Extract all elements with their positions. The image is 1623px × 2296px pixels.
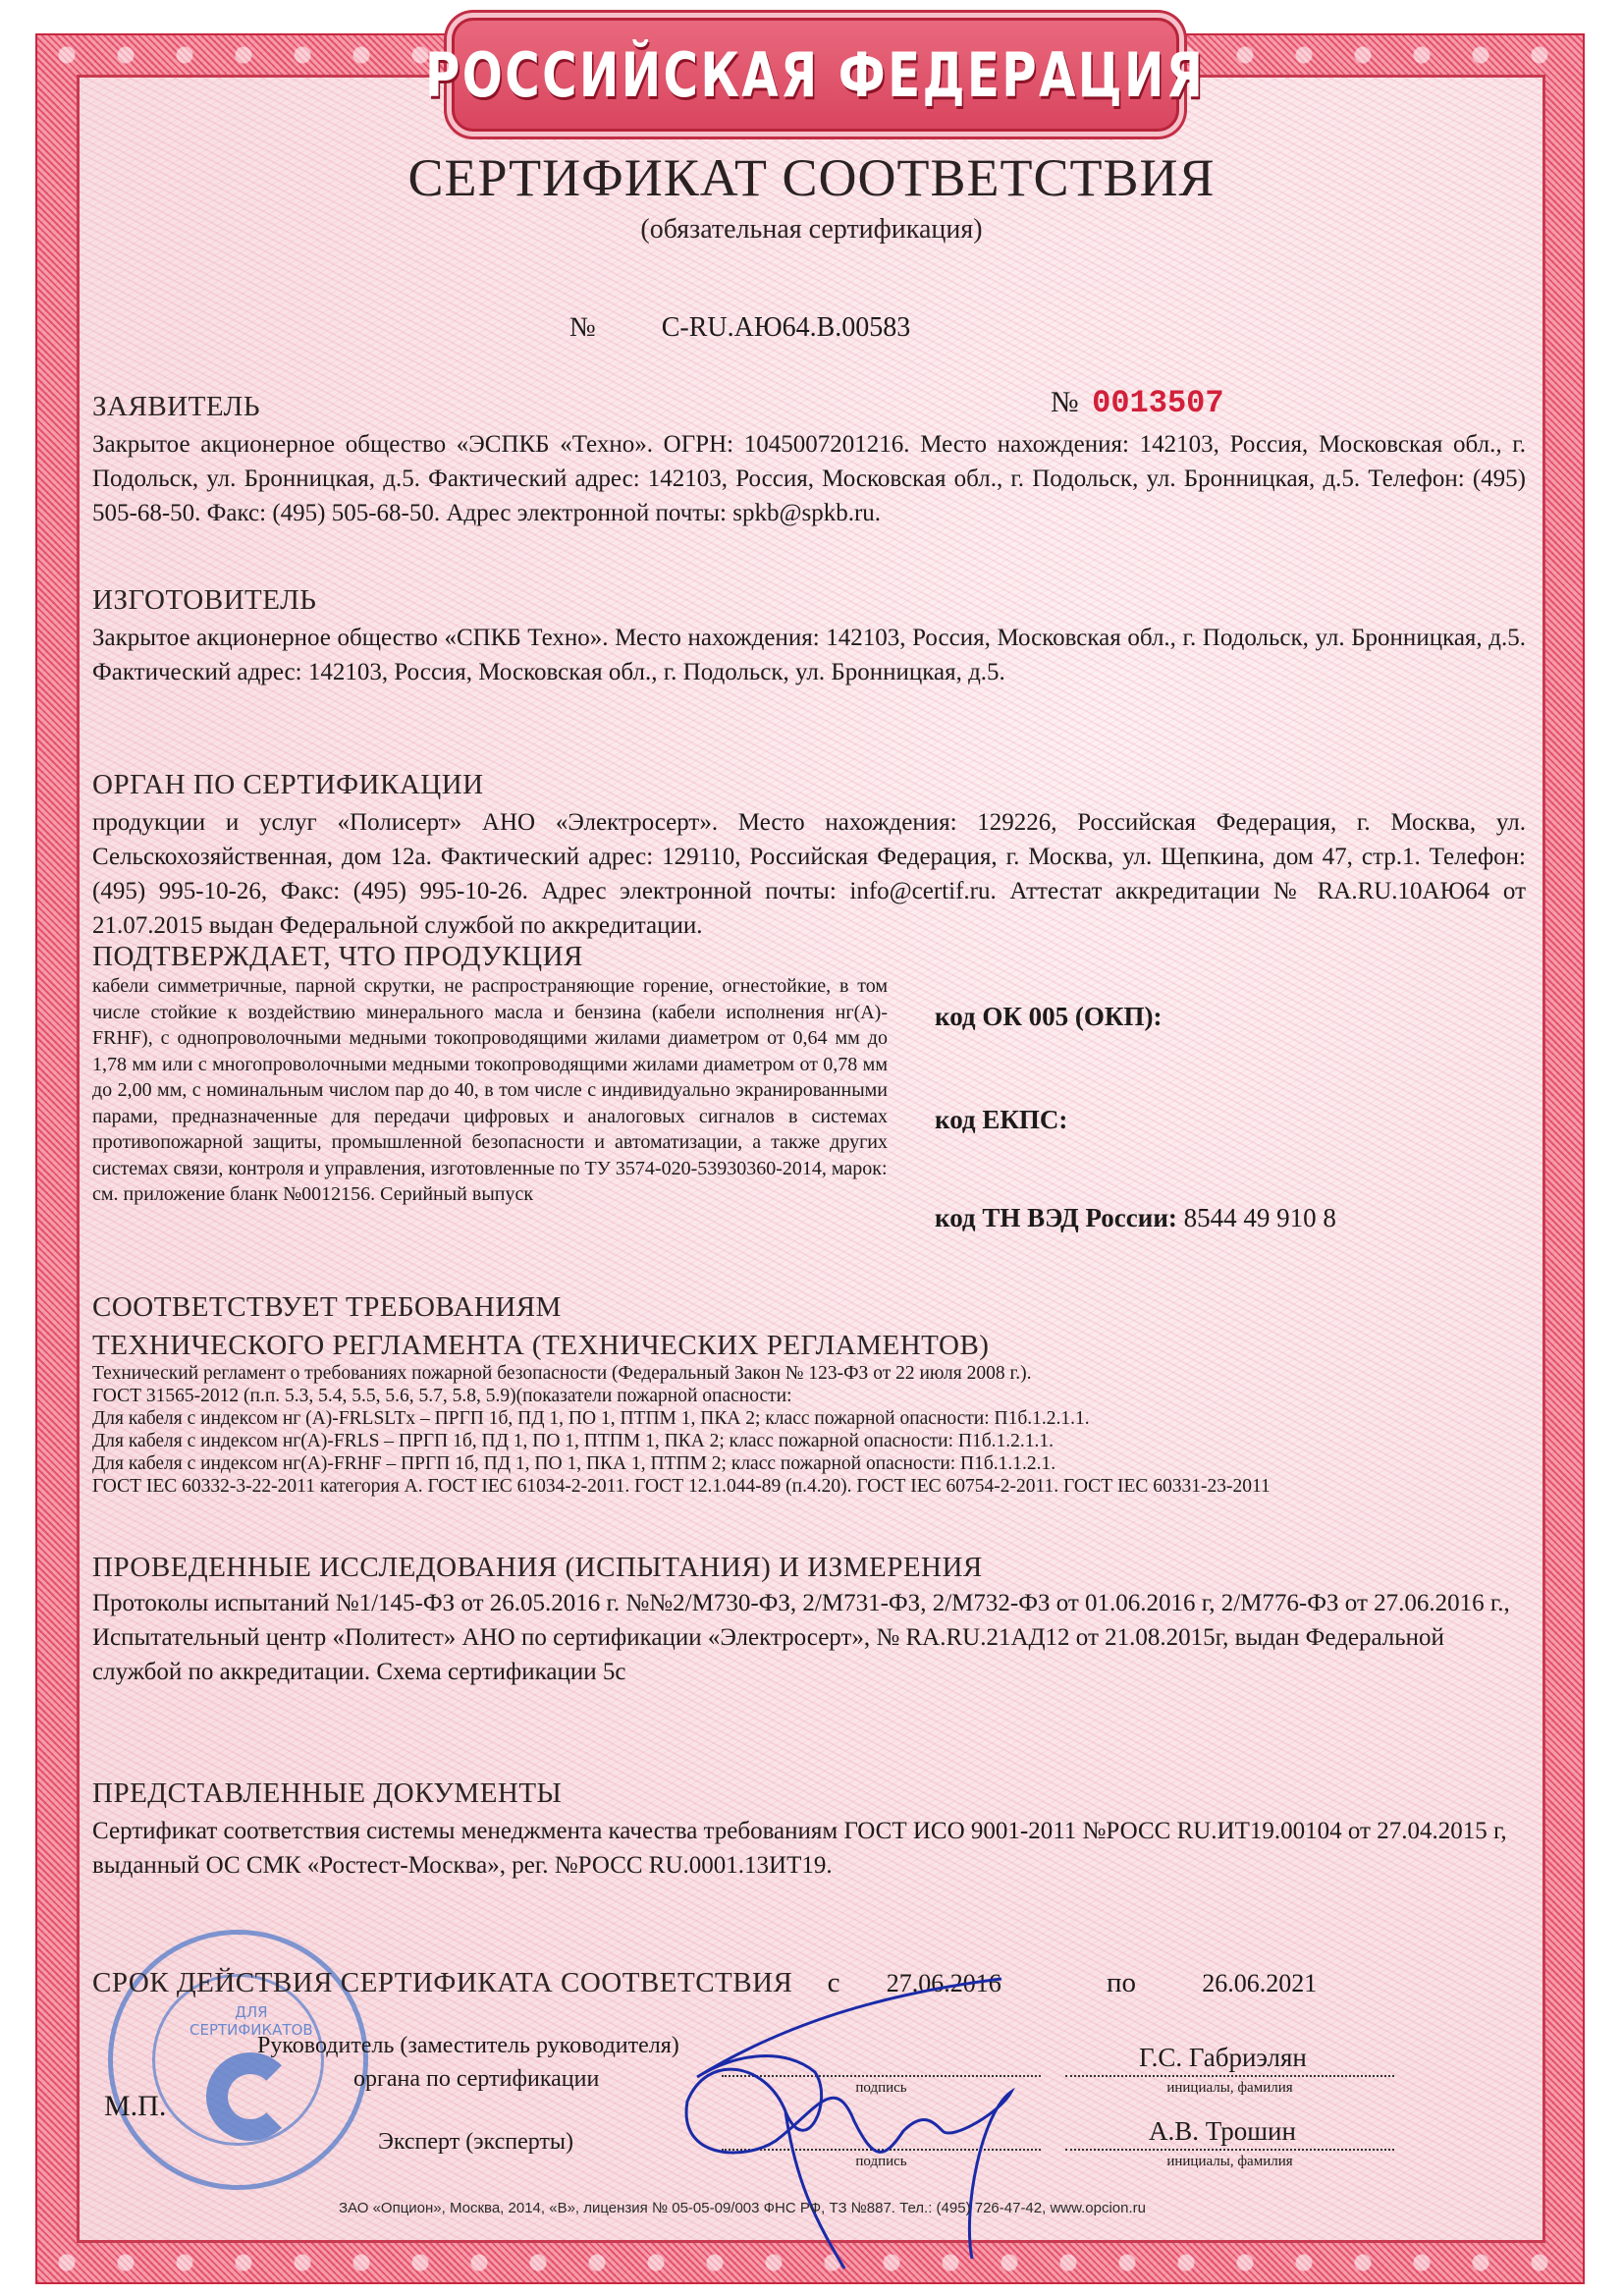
validity-from-label: с <box>828 1967 840 1998</box>
requirements-line: Для кабеля с индексом нг(А)-FRHF – ПРГП … <box>92 1452 1526 1475</box>
requirements-heading-1: СООТВЕТСТВУЕТ ТРЕБОВАНИЯМ <box>92 1291 1526 1324</box>
head-name-caption: инициалы, фамилия <box>1065 2080 1394 2097</box>
requirements-section: СООТВЕТСТВУЕТ ТРЕБОВАНИЯМ ТЕХНИЧЕСКОГО Р… <box>92 1291 1526 1498</box>
stamp-text-line: ДЛЯ <box>189 2003 313 2021</box>
document-title: СЕРТИФИКАТ СООТВЕТСТВИЯ <box>0 147 1623 208</box>
requirements-line: Для кабеля с индексом нг (А)-FRLSLTx – П… <box>92 1407 1526 1430</box>
documents-text: Сертификат соответствия системы менеджме… <box>92 1814 1526 1883</box>
applicant-heading: ЗАЯВИТЕЛЬ <box>92 391 1526 423</box>
product-section: ПОДТВЕРЖДАЕТ, ЧТО ПРОДУКЦИЯ кабели симме… <box>92 941 1526 1208</box>
manufacturer-text: Закрытое акционерное общество «СПКБ Техн… <box>92 621 1526 689</box>
expert-name-line <box>1065 2149 1394 2151</box>
expert-signature-caption: подпись <box>722 2154 1041 2170</box>
tests-text: Протоколы испытаний №1/145-ФЗ от 26.05.2… <box>92 1586 1526 1689</box>
banner-text: РОССИЙСКАЯ ФЕДЕРАЦИЯ <box>425 39 1205 111</box>
code-ekps-label: код ЕКПС: <box>935 1105 1067 1134</box>
validity-to-date: 26.06.2021 <box>1202 1969 1317 1997</box>
product-description-last: см. приложение бланк №0012156. Серийный … <box>92 1181 888 1208</box>
validity-row: СРОК ДЕЙСТВИЯ СЕРТИФИКАТА СООТВЕТСТВИЯ с… <box>92 1967 1317 1999</box>
requirements-line: ГОСТ IEC 60332-3-22-2011 категория А. ГО… <box>92 1475 1526 1498</box>
certification-logo-icon <box>206 2052 295 2141</box>
product-description: кабели симметричные, парной скрутки, не … <box>92 973 888 1181</box>
certification-body-section: ОРГАН ПО СЕРТИФИКАЦИИ продукции и услуг … <box>92 769 1526 943</box>
head-name: Г.С. Габриэлян <box>1139 2043 1307 2073</box>
code-tnved: код ТН ВЭД России: 8544 49 910 8 <box>935 1203 1336 1233</box>
applicant-text: Закрытое акционерное общество «ЭСПКБ «Те… <box>92 427 1526 530</box>
head-name-line <box>1065 2075 1394 2077</box>
printer-footer: ЗАО «Опцион», Москва, 2014, «В», лицензи… <box>339 2200 1146 2216</box>
code-tnved-label: код ТН ВЭД России: <box>935 1203 1177 1232</box>
requirements-line: Для кабеля с индексом нг(А)-FRLS – ПРГП … <box>92 1430 1526 1452</box>
head-signature-line <box>722 2075 1041 2077</box>
applicant-section: ЗАЯВИТЕЛЬ Закрытое акционерное общество … <box>92 391 1526 530</box>
blank-number-value: 0013507 <box>1092 385 1223 421</box>
requirements-line: Технический регламент о требованиях пожа… <box>92 1362 1526 1385</box>
tests-section: ПРОВЕДЕННЫЕ ИССЛЕДОВАНИЯ (ИСПЫТАНИЯ) И И… <box>92 1552 1526 1689</box>
certification-body-text: продукции и услуг «Полисерт» АНО «Электр… <box>92 805 1526 943</box>
head-signature-caption: подпись <box>722 2080 1041 2097</box>
product-heading: ПОДТВЕРЖДАЕТ, ЧТО ПРОДУКЦИЯ <box>92 941 1526 973</box>
document-subtitle: (обязательная сертификация) <box>0 214 1623 246</box>
certificate-number: № C-RU.АЮ64.В.00583 <box>569 312 910 344</box>
documents-heading: ПРЕДСТАВЛЕННЫЕ ДОКУМЕНТЫ <box>92 1777 1526 1810</box>
blank-number-sign: № <box>1051 386 1079 418</box>
code-tnved-value: 8544 49 910 8 <box>1184 1203 1336 1232</box>
border-ornament-bottom <box>37 2243 1583 2282</box>
requirements-heading-2: ТЕХНИЧЕСКОГО РЕГЛАМЕНТА (ТЕХНИЧЕСКИХ РЕГ… <box>92 1330 1526 1362</box>
requirements-line: ГОСТ 31565-2012 (п.п. 5.3, 5.4, 5.5, 5.6… <box>92 1385 1526 1407</box>
expert-label: Эксперт (эксперты) <box>378 2129 573 2156</box>
certification-body-heading: ОРГАН ПО СЕРТИФИКАЦИИ <box>92 769 1526 801</box>
validity-to-label: по <box>1107 1967 1136 1998</box>
number-sign: № <box>569 312 596 343</box>
country-banner: РОССИЙСКАЯ ФЕДЕРАЦИЯ <box>452 18 1179 132</box>
manufacturer-section: ИЗГОТОВИТЕЛЬ Закрытое акционерное общест… <box>92 584 1526 689</box>
head-label-2: органа по сертификации <box>353 2066 599 2093</box>
code-ekps: код ЕКПС: <box>935 1105 1067 1135</box>
tests-heading: ПРОВЕДЕННЫЕ ИССЛЕДОВАНИЯ (ИСПЫТАНИЯ) И И… <box>92 1552 1526 1584</box>
head-label-1: Руководитель (заместитель руководителя) <box>257 2033 679 2059</box>
manufacturer-heading: ИЗГОТОВИТЕЛЬ <box>92 584 1526 617</box>
seal-label: М.П. <box>104 2090 166 2123</box>
validity-from-date: 27.06.2016 <box>887 1969 1001 1997</box>
expert-name: А.В. Трошин <box>1149 2116 1296 2147</box>
blank-number: № 0013507 <box>1051 385 1224 421</box>
code-okp: код ОК 005 (ОКП): <box>935 1002 1162 1032</box>
validity-heading: СРОК ДЕЙСТВИЯ СЕРТИФИКАТА СООТВЕТСТВИЯ <box>92 1967 792 1998</box>
expert-signature-line <box>722 2149 1041 2151</box>
code-okp-label: код ОК 005 (ОКП): <box>935 1002 1162 1031</box>
certificate-number-value: C-RU.АЮ64.В.00583 <box>662 312 911 343</box>
expert-name-caption: инициалы, фамилия <box>1065 2154 1394 2170</box>
documents-section: ПРЕДСТАВЛЕННЫЕ ДОКУМЕНТЫ Сертификат соот… <box>92 1777 1526 1883</box>
